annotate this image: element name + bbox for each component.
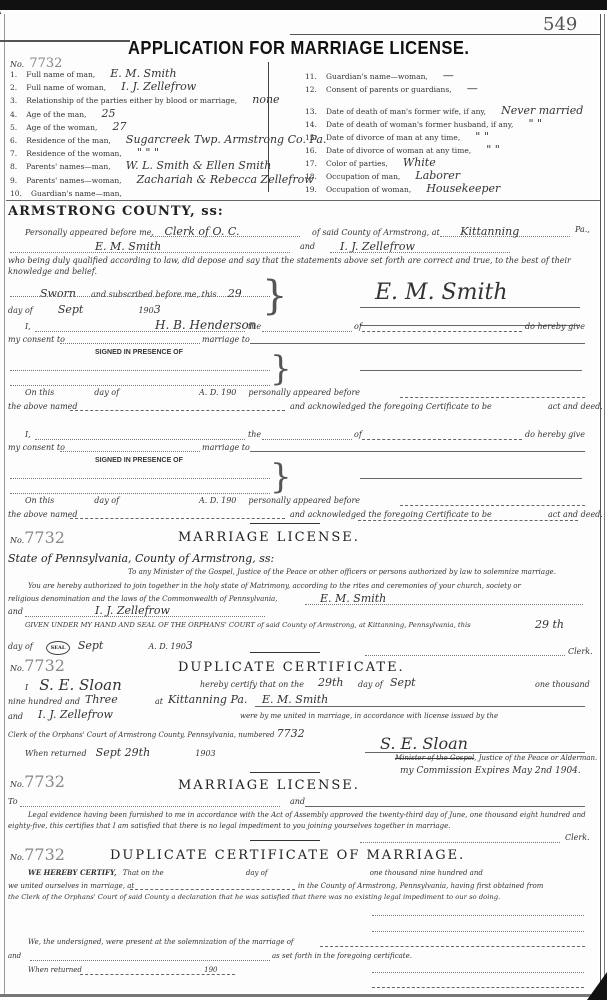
clerk-declaration: the Clerk of the Orphans' Court of said … (8, 893, 500, 901)
fill-line (358, 520, 578, 521)
signature-line (372, 915, 584, 916)
license-number: No.7732 (10, 528, 65, 547)
given-text: GIVEN UNDER MY HAND AND SEAL OF THE ORPH… (25, 621, 471, 629)
application-field: 10. Guardian's name—man, (10, 181, 132, 200)
page-number: 549 (543, 14, 577, 35)
on-this-line: On thisday ofA. D. 190personally appeare… (25, 388, 360, 397)
acknowledged-text: and acknowledged the foregoing Certifica… (290, 402, 492, 411)
of-label: of (354, 430, 362, 439)
decorative-rule (0, 40, 130, 42)
nine-hundred-label: nine hundred and (8, 697, 80, 706)
and-label: and (290, 797, 305, 806)
dup-cert-number: No.7732 (10, 656, 65, 675)
consent-i-line: I, (25, 430, 31, 439)
fill-line (255, 706, 585, 707)
and-label: and (8, 952, 21, 960)
officiant-signature: S. E. Sloan (380, 734, 468, 753)
act-deed-label: act and deed. (548, 510, 603, 519)
fill-line (320, 946, 585, 947)
application-field: 12. Consent of parents or guardians, — (305, 77, 478, 96)
witness-line (10, 493, 270, 494)
fill-line (25, 616, 265, 617)
ornament-rule (250, 772, 320, 773)
seal-icon: SEAL (46, 641, 70, 655)
returned-line: When returned Sept 29th 1903 (25, 741, 216, 760)
dup-line1: I S. E. Sloan (25, 675, 122, 694)
give-label: do hereby give (525, 430, 585, 439)
oath-text: who being duly qualified according to la… (8, 255, 596, 277)
signed-in-presence-label: SIGNED IN PRESENCE OF (95, 349, 183, 356)
above-named-label: the above named (8, 510, 78, 519)
section-rule (6, 200, 600, 201)
act-deed-label: act and deed. (548, 402, 603, 411)
clerk-text: Clerk of the Orphans' Court of Armstrong… (8, 727, 305, 740)
fill-line (362, 331, 522, 332)
witness-line (10, 385, 270, 386)
fill-line (305, 806, 585, 807)
signature-line (365, 752, 585, 753)
dup-year-word: Three (85, 693, 118, 706)
signed-in-presence-label: SIGNED IN PRESENCE OF (95, 457, 183, 464)
fill-line (400, 397, 585, 398)
fill-line (10, 296, 270, 297)
consent-label: my consent to (8, 443, 65, 452)
returned-line-2: When returned 190 (28, 966, 217, 974)
fill-line (360, 842, 560, 843)
clerk-signature: H. B. Henderson (155, 318, 256, 332)
give-label: do hereby give (525, 322, 585, 331)
fill-line (35, 439, 245, 440)
date-line: day of Sept 1903 (8, 298, 161, 317)
left-border (4, 14, 5, 994)
fill-line (60, 343, 200, 344)
fill-line (400, 505, 585, 506)
bottom-rule (0, 994, 600, 997)
at-label: at (155, 697, 163, 706)
signature-line (360, 370, 582, 371)
on-this-line: On thisday ofA. D. 190personally appeare… (25, 496, 360, 505)
set-forth-text: as set forth in the foregoing certificat… (272, 952, 412, 960)
fill-line (130, 889, 295, 890)
witness-line (10, 370, 270, 371)
county-text: in the County of Armstrong, Pennsylvania… (298, 882, 543, 890)
and-label: and (300, 242, 315, 251)
license-date: day of Sept A. D. 1903 (8, 634, 193, 653)
one-thousand-label: one thousand (535, 680, 590, 689)
signature-line (372, 972, 584, 973)
marriage-license-title: MARRIAGE LICENSE. (178, 530, 360, 545)
and-label: and (8, 712, 23, 721)
certify-line: WE HEREBY CERTIFY, That on the day of on… (28, 868, 483, 877)
application-field: 19. Occupation of woman, Housekeeper (305, 177, 500, 196)
fill-line (35, 331, 245, 332)
fill-line (150, 236, 300, 237)
fill-line (440, 236, 570, 237)
applicant-signature: E. M. Smith (375, 280, 508, 305)
fill-line (60, 451, 200, 452)
state-line: State of Pennsylvania, County of Armstro… (8, 552, 274, 565)
fill-line (305, 604, 583, 605)
ornament-rule (250, 652, 320, 653)
dup-man: E. M. Smith (262, 693, 328, 706)
united-text: were by me united in marriage, in accord… (240, 712, 498, 720)
marriage-license-2-title: MARRIAGE LICENSE. (178, 778, 360, 793)
fill-line (330, 252, 510, 253)
of-label: of (354, 322, 362, 331)
fill-line (262, 331, 352, 332)
united-text: we united ourselves in marriage, at (8, 882, 134, 890)
dup-woman: I. J. Zellefrow (38, 708, 113, 721)
license-day: 29 th (535, 618, 564, 631)
witness-line (10, 478, 270, 479)
fill-line (250, 343, 585, 344)
fill-line (80, 974, 235, 975)
fill-line (362, 439, 522, 440)
commission-note: my Commission Expires May 2nd 1904. (400, 766, 581, 776)
license2-number: No.7732 (10, 772, 65, 791)
certify-text: hereby certify that on the (200, 680, 304, 689)
page-title: APPLICATION FOR MARRIAGE LICENSE. (128, 38, 469, 59)
dup-day: 29th (318, 676, 344, 689)
right-border (600, 14, 605, 994)
dup-marriage-number: No.7732 (10, 845, 65, 864)
ornament-rule (250, 523, 320, 524)
fill-line (20, 806, 280, 807)
signature-line (372, 931, 584, 932)
signature-line (360, 307, 580, 308)
and-label: and (8, 607, 23, 616)
consent-label: my consent to (8, 335, 65, 344)
state-abbrev: Pa., (575, 225, 590, 234)
acknowledged-text: and acknowledged the foregoing Certifica… (290, 510, 492, 519)
to-label: To (8, 797, 18, 806)
consent-i-line: I, (25, 322, 31, 331)
marriage-to-label: marriage to (202, 335, 250, 344)
marriage-to-label: marriage to (202, 443, 250, 452)
brace: } (270, 352, 292, 386)
officiant-title: Minister of the Gospel, Justice of the P… (395, 754, 597, 762)
signature-line (372, 987, 584, 988)
fill-line (365, 655, 565, 656)
the-label: the (248, 430, 261, 439)
the-label: the (248, 322, 261, 331)
signature-line (360, 478, 582, 479)
scan-corner (587, 972, 607, 1000)
fill-line (70, 410, 285, 411)
witness-text: We, the undersigned, were present at the… (28, 938, 294, 946)
duplicate-certificate-title: DUPLICATE CERTIFICATE. (178, 660, 405, 675)
to-line: To any Minister of the Gospel, Justice o… (128, 568, 556, 576)
legal-text: Legal evidence having been furnished to … (8, 810, 592, 832)
county-heading: ARMSTRONG COUNTY, ss: (8, 204, 224, 219)
dup-place: Kittanning Pa. (168, 693, 247, 706)
dup-month: Sept (390, 676, 416, 689)
fill-line (250, 451, 585, 452)
religious-text: religious denomination and the laws of t… (8, 595, 277, 603)
brace: } (270, 460, 292, 494)
ornament-rule (250, 840, 320, 841)
clerk-label: Clerk. (565, 833, 590, 842)
fill-line (70, 518, 285, 519)
fill-line (262, 439, 352, 440)
day-of-label: day of (358, 680, 383, 689)
fill-line (30, 960, 270, 961)
duplicate-certificate-marriage-title: DUPLICATE CERTIFICATE OF MARRIAGE. (110, 848, 465, 863)
fill-line (10, 252, 290, 253)
brace: } (262, 276, 287, 316)
above-named-label: the above named (8, 402, 78, 411)
clerk-label: Clerk. (568, 647, 593, 656)
authorized-text: You are hereby authorized to join togeth… (28, 582, 521, 590)
